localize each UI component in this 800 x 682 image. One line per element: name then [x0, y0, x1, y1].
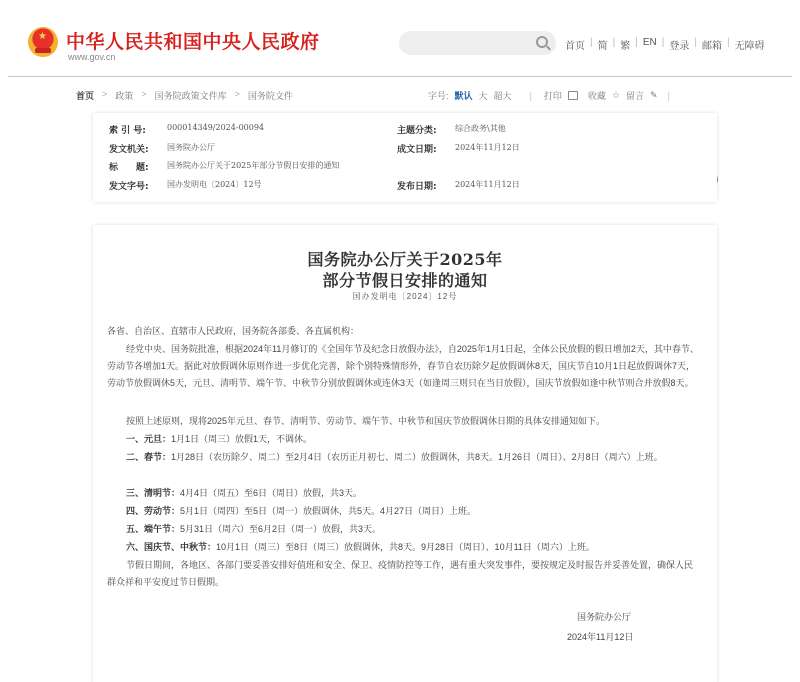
document-metadata: 索 引 号: 000014349/2024-00094 发文机关: 国务院办公厅…: [93, 113, 717, 202]
pencil-icon[interactable]: ✎: [650, 90, 658, 101]
document-title-line1: 国务院办公厅关于2025年: [93, 247, 717, 270]
meta-issuer: 发文机关: 国务院办公厅: [109, 142, 215, 155]
paragraph-intro: 经党中央、国务院批准，根据2024年11月修订的《全国年节及纪念日放假办法》，自…: [107, 341, 699, 392]
top-links: 首页| 简| 繁| EN| 登录| 邮箱| 无障碍: [565, 37, 765, 52]
link-accessibility[interactable]: 无障碍: [735, 37, 765, 52]
document-title-line2: 部分节假日安排的通知: [93, 268, 717, 291]
signature-date: 2024年11月12日: [567, 630, 633, 643]
comment-button[interactable]: 留言: [626, 89, 644, 102]
separator: |: [613, 37, 616, 52]
breadcrumb-policy[interactable]: 政策: [115, 89, 133, 102]
item-national-day: 六、国庆节、中秋节：10月1日（周三）至8日（周三）放假调休，共8天。9月28日…: [107, 539, 699, 556]
star-outline-icon[interactable]: ☆: [612, 90, 620, 101]
font-size-default[interactable]: 默认: [455, 89, 473, 102]
paragraph-closing: 节假日期间，各地区、各部门要妥善安排好值班和安全、保卫、疫情防控等工作，遇有重大…: [107, 557, 699, 591]
page-tools: 字号: 默认 大 超大 | 打印 收藏 ☆ 留言 ✎ |: [428, 89, 674, 102]
meta-doc-number: 发文字号: 国办发明电〔2024〕12号: [109, 179, 262, 192]
link-simplified[interactable]: 简: [598, 37, 608, 52]
separator: |: [694, 37, 697, 52]
paragraph-arrangement: 按照上述原则，现将2025年元旦、春节、清明节、劳动节、端午节、中秋节和国庆节放…: [107, 413, 699, 430]
header-divider: [8, 76, 792, 77]
link-home[interactable]: 首页: [565, 37, 585, 52]
national-emblem-icon[interactable]: ★: [28, 27, 58, 57]
chevron-right-icon: >: [102, 89, 107, 102]
breadcrumb-policy-library[interactable]: 国务院政策文件库: [155, 89, 227, 102]
document-number: 国办发明电〔2024〕12号: [93, 291, 717, 302]
meta-index: 索 引 号: 000014349/2024-00094: [109, 123, 264, 136]
separator: |: [727, 37, 730, 52]
site-domain: www.gov.cn: [68, 52, 115, 62]
item-dragon-boat: 五、端午节：5月31日（周六）至6月2日（周一）放假，共3天。: [107, 521, 699, 538]
link-english[interactable]: EN: [643, 37, 657, 52]
printer-icon[interactable]: [568, 91, 578, 100]
separator: |: [662, 37, 665, 52]
document-body: 国务院办公厅关于2025年 部分节假日安排的通知 国办发明电〔2024〕12号 …: [93, 225, 717, 682]
signature: 国务院办公厅: [577, 610, 631, 623]
meta-written-date: 成文日期: 2024年11月12日: [397, 142, 520, 155]
toolbar: 首页> 政策> 国务院政策文件库> 国务院文件 字号: 默认 大 超大 | 打印…: [0, 84, 800, 106]
chevron-right-icon: >: [141, 89, 146, 102]
separator: |: [668, 91, 670, 101]
item-new-year: 一、元旦：1月1日（周三）放假1天，不调休。: [107, 431, 699, 448]
meta-category: 主题分类: 综合政务\其他: [397, 123, 506, 136]
link-mail[interactable]: 邮箱: [702, 37, 722, 52]
font-size-label: 字号:: [428, 89, 449, 102]
site-title[interactable]: 中华人民共和国中央人民政府: [66, 27, 320, 54]
search-input[interactable]: [399, 31, 556, 55]
favorite-button[interactable]: 收藏: [588, 89, 606, 102]
meta-title: 标 题: 国务院办公厅关于2025年部分节假日安排的通知: [109, 160, 339, 173]
breadcrumb: 首页> 政策> 国务院政策文件库> 国务院文件: [76, 89, 293, 102]
separator: |: [530, 91, 532, 101]
item-qingming: 三、清明节：4月4日（周五）至6日（周日）放假，共3天。: [107, 485, 699, 502]
breadcrumb-state-council-docs[interactable]: 国务院文件: [248, 89, 293, 102]
link-traditional[interactable]: 繁: [620, 37, 630, 52]
font-size-large[interactable]: 大: [479, 89, 488, 102]
salutation: 各省、自治区、直辖市人民政府，国务院各部委、各直属机构：: [107, 323, 699, 340]
separator: |: [590, 37, 593, 52]
breadcrumb-home[interactable]: 首页: [76, 89, 94, 102]
item-labor-day: 四、劳动节：5月1日（周四）至5日（周一）放假调休，共5天。4月27日（周日）上…: [107, 503, 699, 520]
site-header: ★ 中华人民共和国中央人民政府 www.gov.cn 首页| 简| 繁| EN|…: [0, 0, 800, 76]
chevron-right-icon: >: [235, 89, 240, 102]
print-button[interactable]: 打印: [544, 89, 562, 102]
separator: |: [635, 37, 638, 52]
link-login[interactable]: 登录: [669, 37, 689, 52]
meta-published-date: 发布日期: 2024年11月12日: [397, 179, 520, 192]
search-icon[interactable]: [536, 36, 548, 48]
font-size-xlarge[interactable]: 超大: [494, 89, 512, 102]
item-spring-festival: 二、春节：1月28日（农历除夕、周二）至2月4日（农历正月初七、周二）放假调休，…: [107, 449, 699, 466]
